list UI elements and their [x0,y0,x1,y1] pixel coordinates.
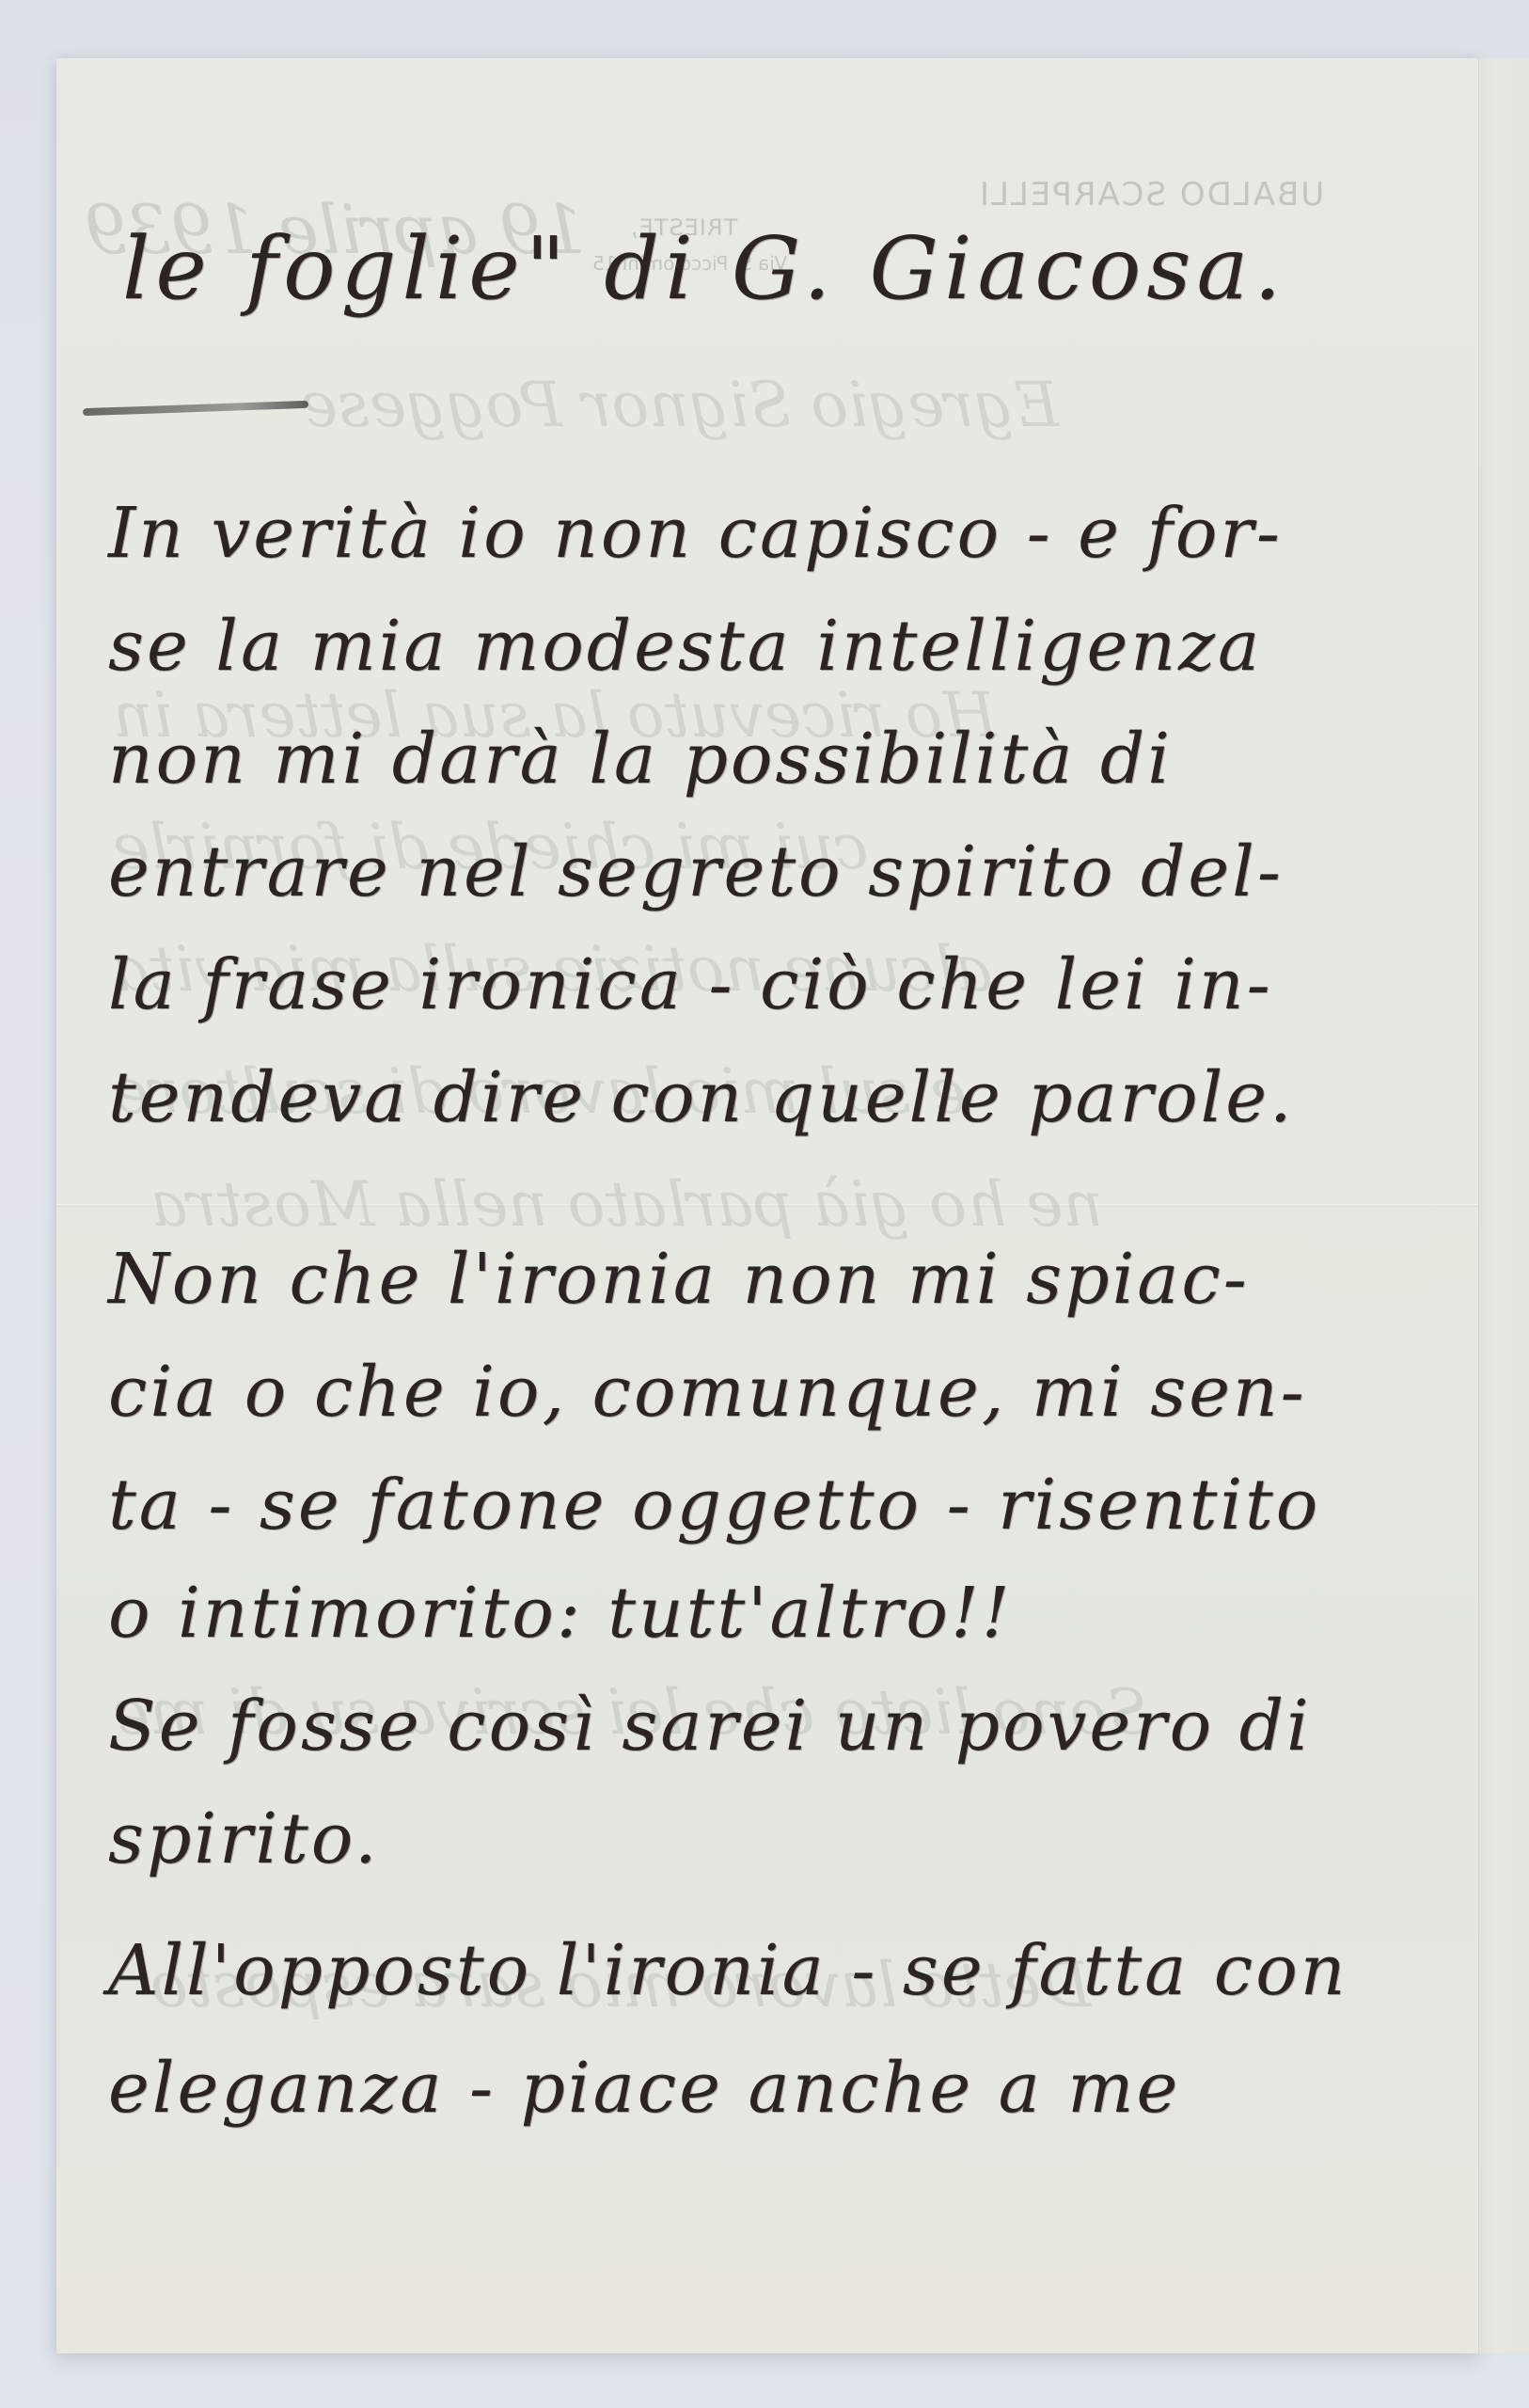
letter-line: non mi darà la possibilità di [108,719,1173,800]
reverse-side-text: ne ho già parlato nella Mostra [150,1168,1103,1241]
letter-line: eleganza - piace anche a me [108,2048,1180,2129]
second-page-edge [1478,58,1529,2353]
letter-sheet: UBALDO SCARPELLI TRIESTE, Via S. Piccolo… [56,58,1478,2353]
letter-line: ta - se fatone oggetto - risentito [108,1465,1320,1545]
letter-line: o intimorito: tutt'altro!! [108,1573,1012,1654]
letter-line: cia o che io, comunque, mi sen- [108,1352,1307,1433]
letter-line: entrare nel segreto spirito del- [108,832,1284,912]
letter-line: In verità io non capisco - e for- [108,493,1283,574]
letter-line: spirito. [108,1798,380,1879]
letter-line: All'opposto l'ironia - se fatta con [108,1930,1348,2011]
title-underline [83,401,308,416]
letterhead-name-bleedthrough: UBALDO SCARPELLI [978,176,1324,214]
scanned-letter: UBALDO SCARPELLI TRIESTE, Via S. Piccolo… [0,0,1529,2408]
letter-title: le foglie" di G. Giacosa. [122,218,1287,319]
letter-line: tendeva dire con quelle parole. [108,1057,1295,1138]
letter-line: Non che l'ironia non mi spiac- [108,1239,1250,1320]
letter-line: se la mia modesta intelligenza [108,606,1262,687]
letter-line: Se fosse così sarei un povero di [108,1686,1312,1766]
letter-line: la frase ironica - ciò che lei in- [108,944,1273,1025]
reverse-side-text: Egregio Signor Poggese [301,369,1059,441]
